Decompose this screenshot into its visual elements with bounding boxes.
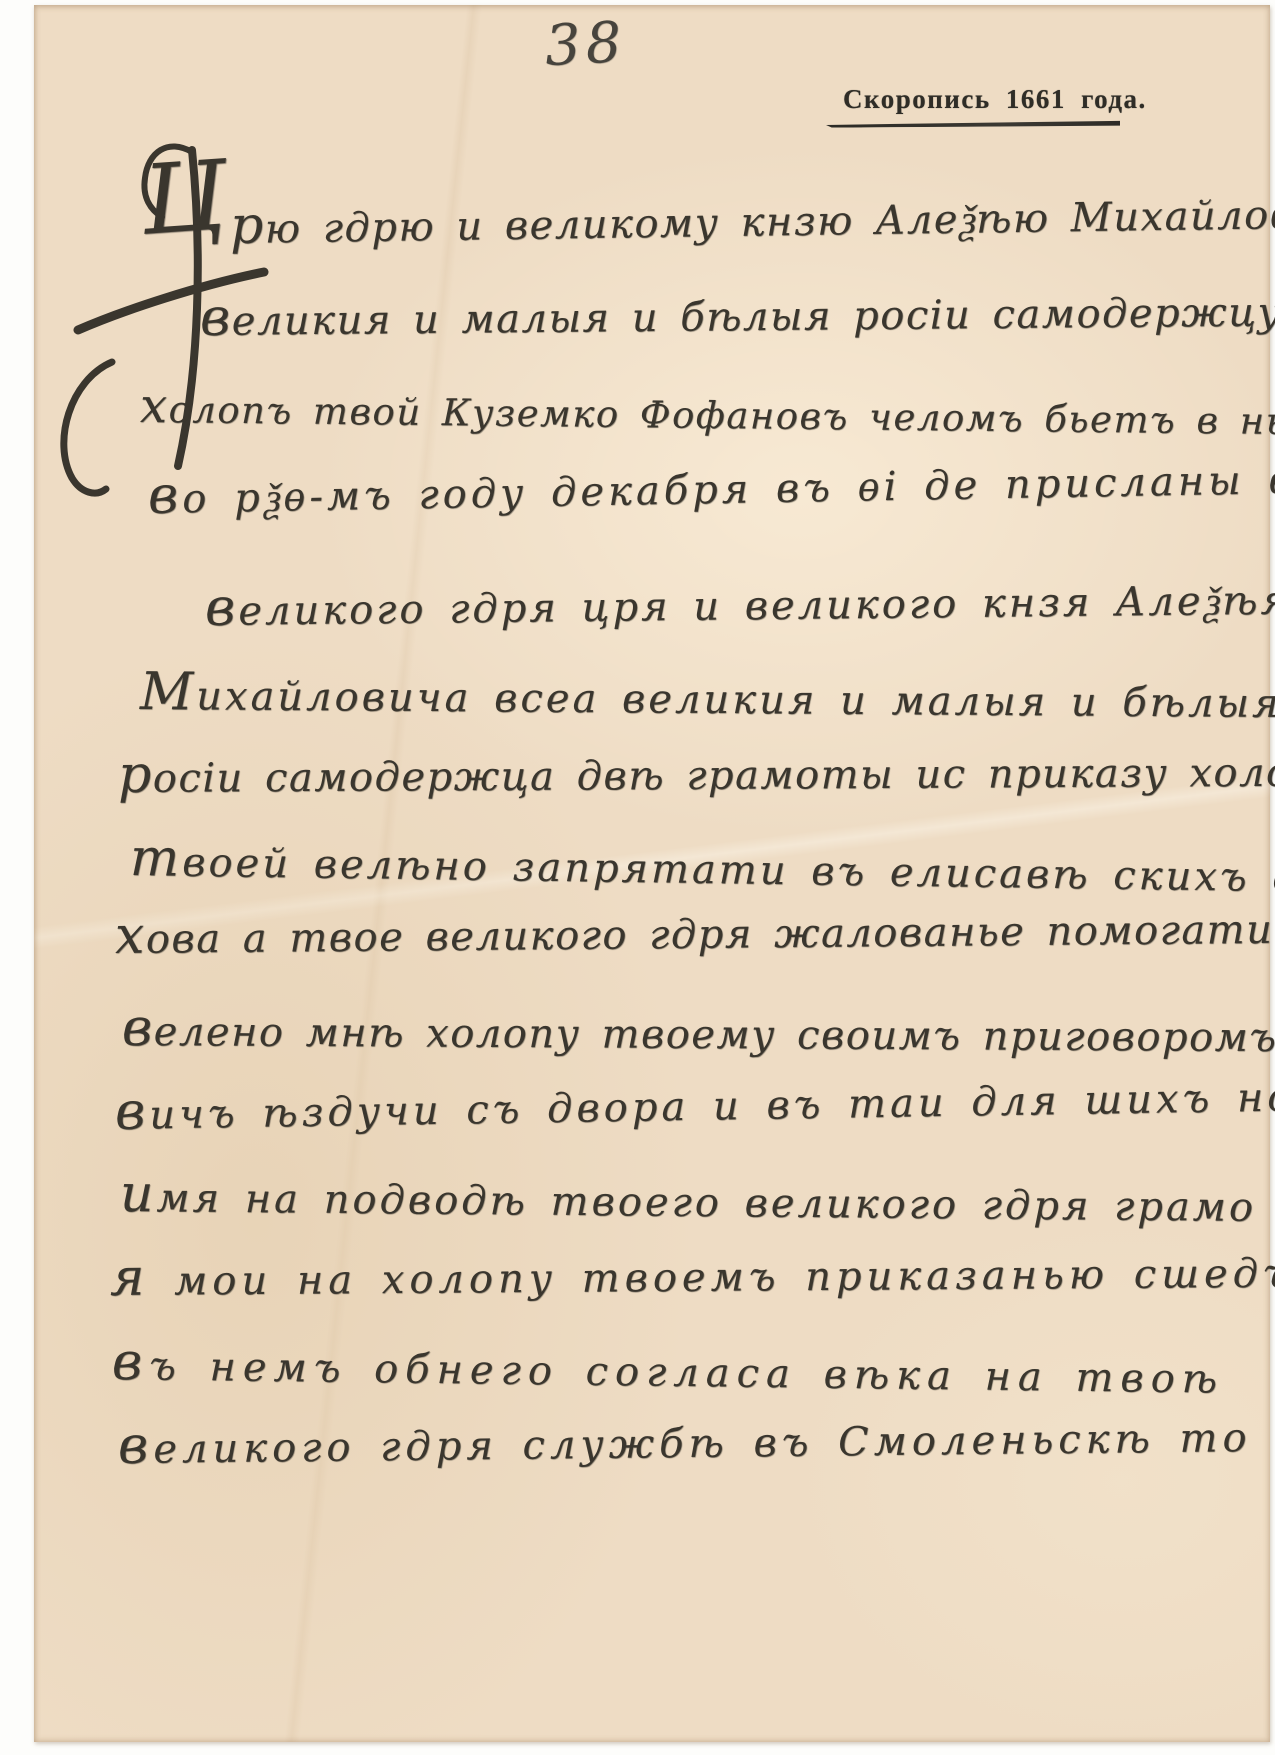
manuscript-line-2: великия и малыя и бѣлыя росіи самодержцу [200, 279, 1275, 348]
scanned-manuscript-page: 38 Скоропись 1661 года. Ц рю гдрю и вели… [0, 0, 1275, 1755]
manuscript-line-11: вичъ ѣздучи съ двора и въ таи для шихъ н… [115, 1062, 1275, 1142]
manuscript-line-9: хова а твое великого гдря жалованье помо… [115, 896, 1274, 966]
manuscript-line-7: росіи самодержца двѣ грамоты ис приказу … [118, 739, 1275, 805]
manuscript-line-3: холопъ твой Куземко Фофановъ челомъ бьет… [140, 378, 1275, 448]
manuscript-line-1: рю гдрю и великому кнзю Алеѯѣю Михайлови… [230, 178, 1275, 256]
manuscript-line-14: въ немъ обнего согласа вѣка на твоѣ [112, 1332, 1225, 1406]
manuscript-line-13: я мои на холопу твоемъ приказанью сшедъ [110, 1240, 1275, 1308]
manuscript-line-15: великого гдря службѣ въ Смоленьскѣ то сѣ [118, 1403, 1275, 1476]
manuscript-text-block: Ц рю гдрю и великому кнзю Алеѯѣю Михайло… [0, 0, 1275, 1755]
manuscript-line-8: твоей велѣно запрятати въ елисавѣ скихъ … [130, 828, 1275, 905]
manuscript-line-12: имя на подводѣ твоего великого гдря грам… [120, 1164, 1257, 1234]
manuscript-line-6: Михайловича всеа великия и малыя и бѣлыя [140, 662, 1275, 730]
manuscript-line-4: во рѯѳ-мъ году декабря въ ѳі де присланы… [147, 445, 1275, 526]
initial-letter: Ц [138, 139, 229, 257]
manuscript-line-5: великого гдря цря и великого кнзя Алеѯѣя [205, 567, 1275, 638]
manuscript-line-10: велено мнѣ холопу твоему своимъ приговор… [122, 998, 1275, 1064]
